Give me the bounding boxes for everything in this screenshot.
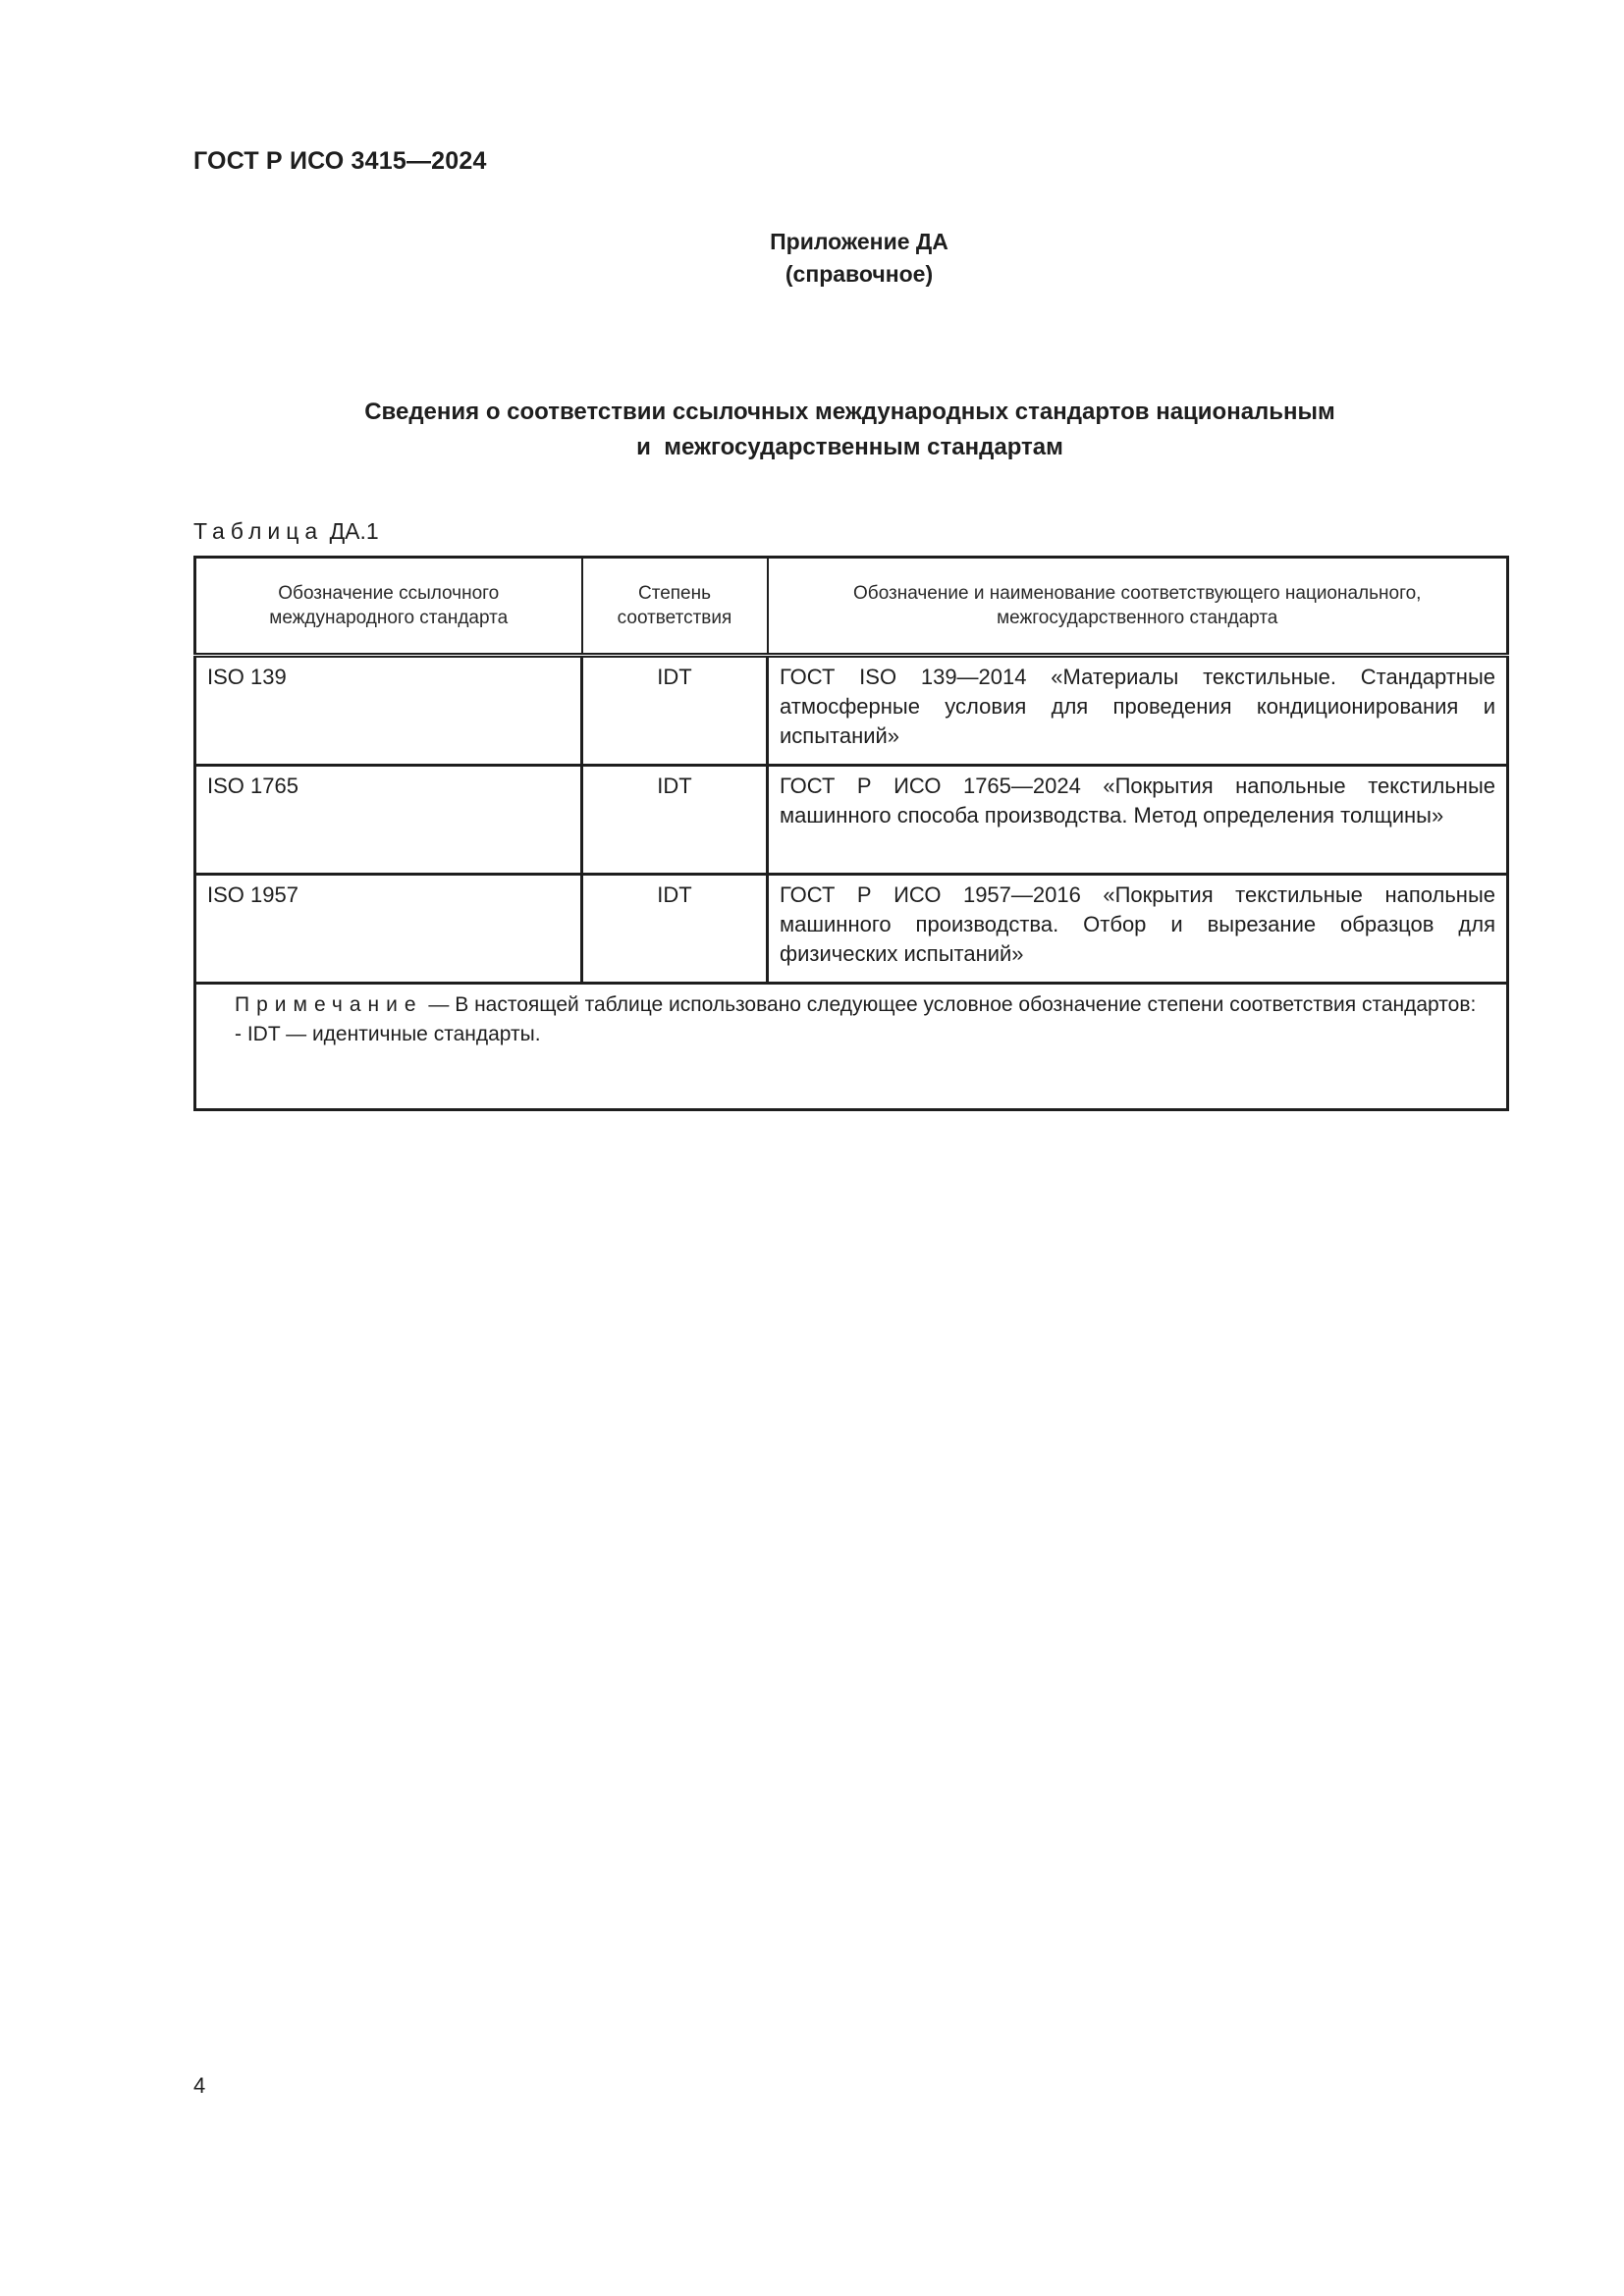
correspondence-table: Обозначение ссылочного международного ст… <box>193 556 1509 1111</box>
appendix-title: Приложение ДА <box>707 226 1011 258</box>
table-label-word: Таблица <box>193 518 323 544</box>
document-code: ГОСТ Р ИСО 3415—2024 <box>193 147 487 176</box>
table-label: Таблица ДА.1 <box>193 518 379 545</box>
note-label: Примечание <box>235 993 423 1016</box>
cell-international: ISO 1957 <box>195 875 582 984</box>
cell-degree: IDT <box>582 875 768 984</box>
note-item: - IDT — идентичные стандарты. <box>207 1020 1495 1049</box>
table-header-row: Обозначение ссылочного международного ст… <box>195 558 1508 656</box>
appendix-subtitle: (справочное) <box>707 258 1011 291</box>
table-row: ISO 1957 IDT ГОСТ Р ИСО 1957—2016 «Покры… <box>195 875 1508 984</box>
table-row: ISO 1765 IDT ГОСТ Р ИСО 1765—2024 «Покры… <box>195 766 1508 875</box>
table-label-number: ДА.1 <box>330 518 379 544</box>
appendix-heading: Приложение ДА (справочное) <box>707 226 1011 291</box>
cell-degree: IDT <box>582 656 768 766</box>
table-note-row: Примечание — В настоящей таблице использ… <box>195 984 1508 1110</box>
section-title: Сведения о соответствии ссылочных междун… <box>193 395 1506 465</box>
section-title-line-1: Сведения о соответствии ссылочных междун… <box>193 395 1506 430</box>
cell-national: ГОСТ Р ИСО 1765—2024 «Покрытия напольные… <box>768 766 1508 875</box>
table-note: Примечание — В настоящей таблице использ… <box>195 984 1508 1110</box>
page-number: 4 <box>193 2073 205 2099</box>
section-title-line-2: и межгосударственным стандартам <box>193 430 1506 465</box>
column-header-national: Обозначение и наименование соответствующ… <box>768 558 1508 656</box>
cell-international: ISO 139 <box>195 656 582 766</box>
column-header-degree: Степень соответствия <box>582 558 768 656</box>
cell-national: ГОСТ ISO 139—2014 «Материалы текстильные… <box>768 656 1508 766</box>
column-header-international: Обозначение ссылочного международного ст… <box>195 558 582 656</box>
cell-national: ГОСТ Р ИСО 1957—2016 «Покрытия текстильн… <box>768 875 1508 984</box>
table-row: ISO 139 IDT ГОСТ ISO 139—2014 «Материалы… <box>195 656 1508 766</box>
cell-international: ISO 1765 <box>195 766 582 875</box>
note-text: — В настоящей таблице использовано следу… <box>423 993 1477 1016</box>
cell-degree: IDT <box>582 766 768 875</box>
